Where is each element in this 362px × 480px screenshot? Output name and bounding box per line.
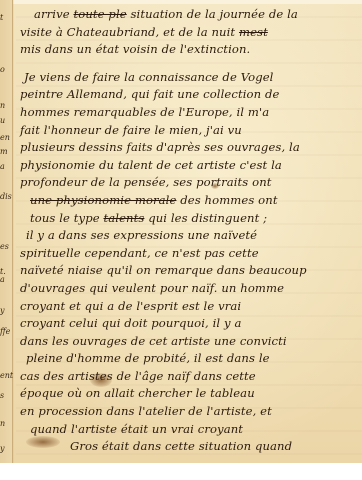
line-text: époque où on allait chercher le tableau xyxy=(20,386,255,400)
line-text: pleine d'homme de probité, il est dans l… xyxy=(26,351,270,365)
line-text: d'ouvrages qui veulent pour naïf. un hom… xyxy=(20,281,284,295)
text-line: plusieurs dessins faits d'après ses ouvr… xyxy=(20,139,358,157)
margin-fragment: n xyxy=(0,102,5,110)
text-line: Gros était dans cette situation quand xyxy=(20,438,358,456)
text-line: pleine d'homme de probité, il est dans l… xyxy=(20,350,358,368)
paragraph-gap xyxy=(20,59,358,69)
struck-text: une physionomie morale xyxy=(30,193,176,207)
line-text: tous le type xyxy=(30,211,103,225)
line-text: en procession dans l'atelier de l'artist… xyxy=(20,404,272,418)
line-text: Gros était dans cette situation quand xyxy=(70,439,292,453)
margin-fragment: dis xyxy=(0,193,12,201)
line-text: physionomie du talent de cet artiste c'e… xyxy=(20,158,282,172)
margin-fragment: y xyxy=(0,445,5,453)
text-line: tous le type talents qui les distinguent… xyxy=(20,210,358,228)
line-text: visite à Chateaubriand, et de la nuit xyxy=(20,25,239,39)
text-line: croyant et qui a de l'esprit est le vrai xyxy=(20,298,358,316)
line-text: dans les ouvrages de cet artiste une con… xyxy=(20,334,287,348)
line-text: il y a dans ses expressions une naïveté xyxy=(26,228,257,242)
margin-fragment: n xyxy=(0,420,5,428)
line-text: des hommes ont xyxy=(176,193,277,207)
text-line: arrive toute ple situation de la journée… xyxy=(20,6,358,24)
margin-fragment: y xyxy=(0,307,5,315)
scan-background xyxy=(0,463,362,480)
line-text: peintre Allemand, qui fait une collectio… xyxy=(20,87,279,101)
text-line: spirituelle cependant, ce n'est pas cett… xyxy=(20,245,358,263)
line-text: Je viens de faire la connaissance de Vog… xyxy=(24,70,273,84)
margin-fragment: t xyxy=(0,14,3,22)
line-text: naïveté niaise qu'il on remarque dans be… xyxy=(20,263,307,277)
text-line: croyant celui qui doit pourquoi, il y a xyxy=(20,315,358,333)
line-text: situation de la journée de la xyxy=(127,7,298,21)
line-text: croyant et qui a de l'esprit est le vrai xyxy=(20,299,241,313)
line-text: fait l'honneur de faire le mien, j'ai vu xyxy=(20,123,242,137)
margin-fragment: a xyxy=(0,163,5,171)
line-text: arrive xyxy=(34,7,74,21)
text-line: il y a dans ses expressions une naïveté xyxy=(20,227,358,245)
text-line: cas des artistes de l'âge naïf dans cett… xyxy=(20,368,358,386)
line-text: croyant celui qui doit pourquoi, il y a xyxy=(20,316,241,330)
margin-fragment: es xyxy=(0,243,9,251)
struck-text: talents xyxy=(103,211,144,225)
struck-text: mest xyxy=(239,25,268,39)
text-line: physionomie du talent de cet artiste c'e… xyxy=(20,157,358,175)
text-line: peintre Allemand, qui fait une collectio… xyxy=(20,86,358,104)
text-line: naïveté niaise qu'il on remarque dans be… xyxy=(20,262,358,280)
margin-fragment: m xyxy=(0,148,8,156)
text-line: hommes remarquables de l'Europe, il m'a xyxy=(20,104,358,122)
text-line: quand l'artiste était un vrai croyant xyxy=(20,421,358,439)
margin-fragment: ent xyxy=(0,372,13,380)
margin-fragment: o xyxy=(0,66,5,74)
text-line: fait l'honneur de faire le mien, j'ai vu xyxy=(20,122,358,140)
line-text: quand l'artiste était un vrai croyant xyxy=(30,422,243,436)
manuscript-page: t o n u en m a dis es t. a y ffe ent s n… xyxy=(0,0,362,463)
line-text: cas des artistes de l'âge naïf dans cett… xyxy=(20,369,256,383)
page-fold xyxy=(12,0,14,463)
text-line: Je viens de faire la connaissance de Vog… xyxy=(20,69,358,87)
text-line: mis dans un état voisin de l'extinction. xyxy=(20,41,358,59)
text-line: profondeur de la pensée, ses portraits o… xyxy=(20,174,358,192)
line-text: qui les distinguent ; xyxy=(144,211,267,225)
text-line: visite à Chateaubriand, et de la nuit me… xyxy=(20,24,358,42)
line-text: plusieurs dessins faits d'après ses ouvr… xyxy=(20,140,300,154)
margin-fragment: s xyxy=(0,392,4,400)
line-text: mis dans un état voisin de l'extinction. xyxy=(20,42,250,56)
text-line: d'ouvrages qui veulent pour naïf. un hom… xyxy=(20,280,358,298)
text-line: époque où on allait chercher le tableau xyxy=(20,385,358,403)
margin-fragment: en xyxy=(0,134,10,142)
line-text: hommes remarquables de l'Europe, il m'a xyxy=(20,105,269,119)
text-line: en procession dans l'atelier de l'artist… xyxy=(20,403,358,421)
margin-fragment: ffe xyxy=(0,328,10,336)
text-line: dans les ouvrages de cet artiste une con… xyxy=(20,333,358,351)
line-text: spirituelle cependant, ce n'est pas cett… xyxy=(20,246,259,260)
manuscript-text: arrive toute ple situation de la journée… xyxy=(20,6,358,456)
margin-fragment: u xyxy=(0,117,5,125)
line-text: profondeur de la pensée, ses portraits o… xyxy=(20,175,272,189)
margin-fragment: a xyxy=(0,276,5,284)
text-line: une physionomie morale des hommes ont xyxy=(20,192,358,210)
struck-text: toute ple xyxy=(74,7,127,21)
